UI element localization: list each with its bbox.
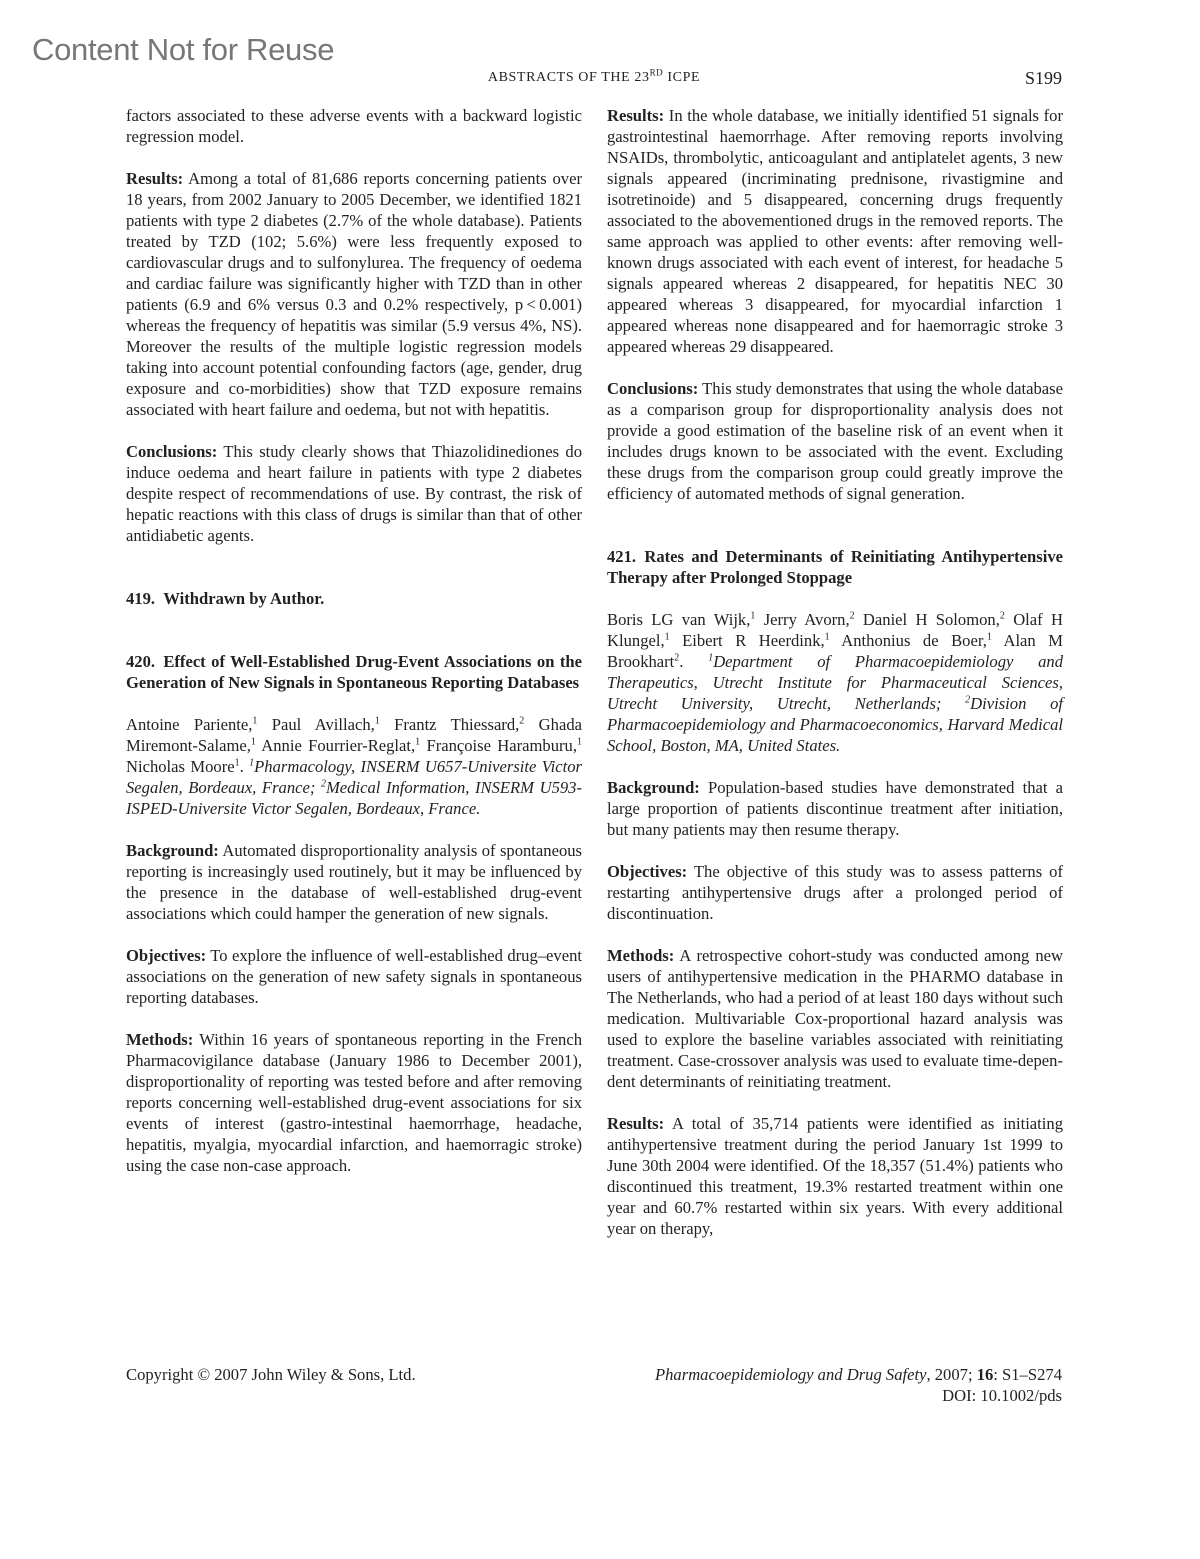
results-label: Results: [607,1114,664,1133]
author-name: Nicholas Moore [126,757,235,776]
abstract-421-results: Results: A total of 35,714 patients were… [607,1113,1063,1239]
author-name: Françoise Haramburu, [420,736,577,755]
running-head-text: Abstracts of the 23 [488,70,650,85]
journal-section-title: Abstracts of the 23RD ICPE [126,70,1062,86]
continuation-paragraph: factors associated to these adverse even… [126,105,582,147]
abstract-421-objectives: Objectives: The objective of this study … [607,861,1063,924]
abstract-420-objectives: Objectives: To explore the influence of … [126,945,582,1008]
methods-label: Methods: [126,1030,193,1049]
abstract-420-results: Results: In the whole database, we initi… [607,105,1063,357]
abstract-421-title: 421. Rates and Determinants of Reinitiat… [607,546,1063,588]
abstract-420-title: 420. Effect of Well-Established Drug-Eve… [126,651,582,693]
copyright-notice: Copyright © 2007 John Wiley & Sons, Ltd. [126,1364,416,1385]
journal-pages: : S1–S274 [993,1365,1062,1384]
journal-name: Pharmacoepidemiology and Drug Safety [655,1365,926,1384]
methods-text: A retrospective cohort-study was conduct… [607,946,1063,1091]
abstract-421-methods: Methods: A retrospective cohort-study wa… [607,945,1063,1092]
journal-citation: Pharmacoepidemiology and Drug Safety, 20… [655,1364,1062,1385]
doi: DOI: 10.1002/pds [942,1385,1062,1406]
author-name: Antoine Pariente, [126,715,252,734]
prev-results-paragraph: Results: Among a total of 81,686 reports… [126,168,582,420]
journal-year: , 2007; [926,1365,976,1384]
objectives-label: Objectives: [607,862,687,881]
results-text: A total of 35,714 patients were identifi… [607,1114,1063,1238]
running-head-text-end: ICPE [663,70,700,85]
methods-label: Methods: [607,946,674,965]
author-name: Eibert R Heerdink, [670,631,825,650]
journal-volume: 16 [977,1365,994,1384]
running-head: Abstracts of the 23RD ICPE S199 [126,68,1062,92]
abstract-421-authors: Boris LG van Wijk,1 Jerry Avorn,2 Daniel… [607,609,1063,756]
affiliation-separator: . [679,652,708,671]
author-name: Annie Fourrier-Reglat, [256,736,415,755]
background-label: Background: [126,841,219,860]
prev-conclusions-paragraph: Conclusions: This study clearly shows th… [126,441,582,546]
author-sup: 1 [577,736,582,747]
objectives-label: Objectives: [126,946,206,965]
background-label: Background: [607,778,700,797]
page-number: S199 [1025,68,1062,89]
results-text: Among a total of 81,686 reports concerni… [126,169,582,419]
abstract-420-conclusions: Conclusions: This study demonstrates tha… [607,378,1063,504]
methods-text: Within 16 years of spontaneous reporting… [126,1030,582,1175]
results-label: Results: [607,106,664,125]
running-head-superscript: RD [650,67,664,77]
conclusions-label: Conclusions: [126,442,217,461]
watermark: Content Not for Reuse [32,32,334,68]
author-name: Jerry Avorn, [755,610,849,629]
author-name: Frantz Thiessard, [380,715,520,734]
abstract-420-background: Background: Automated disproportionality… [126,840,582,924]
abstract-419-title: 419. Withdrawn by Author. [126,588,582,609]
abstract-420-methods: Methods: Within 16 years of spontaneous … [126,1029,582,1176]
author-name: Paul Avillach, [257,715,374,734]
right-column: Results: In the whole database, we initi… [607,105,1063,1260]
conclusions-label: Conclusions: [607,379,698,398]
affiliation-separator: . [240,757,250,776]
author-name: Anthonius de Boer, [830,631,987,650]
author-name: Daniel H Solomon, [855,610,1000,629]
author-name: Boris LG van Wijk, [607,610,750,629]
abstract-421-background: Background: Population-based studies hav… [607,777,1063,840]
results-label: Results: [126,169,183,188]
results-text: In the whole database, we initially iden… [607,106,1063,356]
left-column: factors associated to these adverse even… [126,105,582,1197]
abstract-420-authors: Antoine Pariente,1 Paul Avillach,1 Frant… [126,714,582,819]
